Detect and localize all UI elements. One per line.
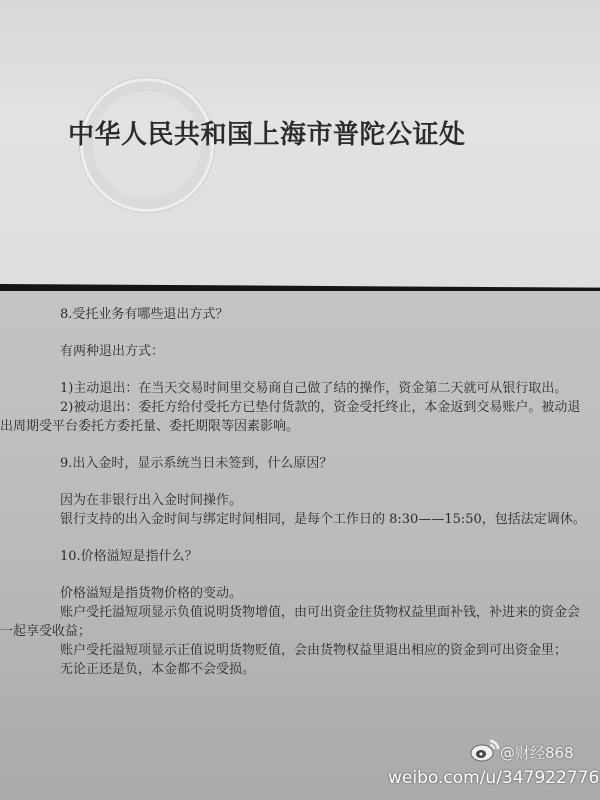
weibo-watermark: @财经868 weibo.com/u/3479227765 (372, 734, 592, 794)
faq-answer: 无论正还是负，本金都不会受损。 (0, 660, 590, 679)
weibo-logo-icon (470, 738, 500, 762)
weibo-url: weibo.com/u/3479227765 (388, 768, 600, 788)
faq-question: 8.受托业务有哪些退出方式？ (0, 305, 590, 324)
notary-header-sheet: 中华人民共和国上海市普陀公证处 (0, 0, 600, 288)
faq-question: 10.价格溢短是指什么？ (0, 547, 590, 566)
faq-answer: 账户受托溢短项显示负值说明货物增值，由可出资金往货物权益里面补钱，补进来的资金会… (0, 603, 590, 641)
document-title: 中华人民共和国上海市普陀公证处 (68, 114, 548, 151)
faq-answer: 1)主动退出：在当天交易时间里交易商自己做了结的操作，资金第二天就可从银行取出。 (0, 379, 590, 398)
faq-answer: 2)被动退出：委托方给付受托方已垫付货款的，资金受托终止，本金返到交易账户。被动… (0, 398, 590, 436)
faq-answer: 银行支持的出入金时间与绑定时间相同，是每个工作日的 8:30——15:50，包括… (0, 510, 590, 529)
faq-answer: 因为在非银行出入金时间操作。 (0, 491, 590, 510)
weibo-handle: @财经868 (500, 742, 574, 763)
faq-section-10: 10.价格溢短是指什么？ 价格溢短是指货物价格的变动。 账户受托溢短项显示负值说… (0, 547, 590, 679)
faq-answer-intro: 有两种退出方式： (0, 342, 590, 361)
faq-content: 8.受托业务有哪些退出方式？ 有两种退出方式： 1)主动退出：在当天交易时间里交… (0, 305, 590, 679)
faq-answer: 价格溢短是指货物价格的变动。 (0, 584, 590, 603)
faq-answer: 账户受托溢短项显示正值说明货物贬值，会由货物权益里退出相应的资金到可出资金里； (0, 641, 590, 660)
faq-section-9: 9.出入金时，显示系统当日未签到，什么原因？ 因为在非银行出入金时间操作。 银行… (0, 454, 590, 547)
faq-question: 9.出入金时，显示系统当日未签到，什么原因？ (0, 454, 590, 473)
faq-section-8: 8.受托业务有哪些退出方式？ 有两种退出方式： 1)主动退出：在当天交易时间里交… (0, 305, 590, 454)
